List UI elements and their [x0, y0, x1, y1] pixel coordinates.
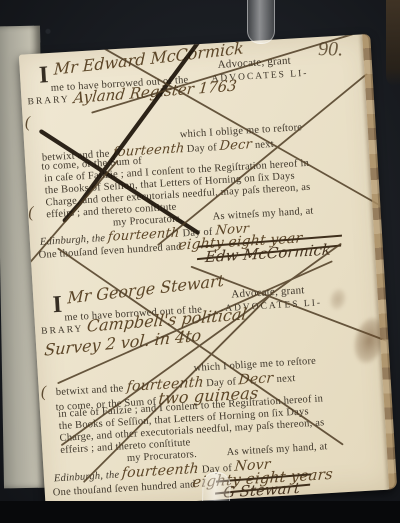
page-clip-top [247, 0, 275, 44]
pen-mark: ( [40, 384, 46, 402]
printed-brary: BRARY [27, 95, 70, 107]
return-month-handwritten: Decr [219, 137, 253, 154]
printed-next: next [255, 139, 275, 151]
printed-day-of: Day of [187, 142, 218, 155]
gutter-shadow [0, 501, 400, 523]
borrow-form-1: I Mr Edward McCormick Advocate, grant me… [25, 44, 373, 284]
borrower-name-handwritten: Mr Edward McCormick [54, 38, 244, 78]
drop-cap: I [38, 65, 49, 86]
drop-cap: I [52, 295, 63, 316]
printed-advocate-grant: Advocate, grant [231, 284, 305, 300]
printed-next: next [276, 373, 296, 385]
signature-handwritten: G Stewart [222, 479, 300, 502]
pen-mark: ( [28, 204, 34, 222]
pen-mark: ( [24, 114, 30, 132]
book-cover-edge [386, 0, 400, 86]
printed-brary: BRARY [41, 324, 84, 336]
ledger-page: 90. I Mr Edward McCormick Advocate, gran… [19, 34, 395, 510]
printed-witness: As witneſs my hand, at [226, 441, 327, 458]
signature-handwritten: Edw McCormick [204, 241, 331, 267]
book-photograph: 90. I Mr Edward McCormick Advocate, gran… [0, 0, 400, 523]
printed-witness: As witneſs my hand, at [212, 206, 313, 223]
printed-thousand: One thouſand ſeven hundred and [38, 241, 181, 260]
printed-thousand: One thouſand ſeven hundred and [53, 479, 196, 498]
